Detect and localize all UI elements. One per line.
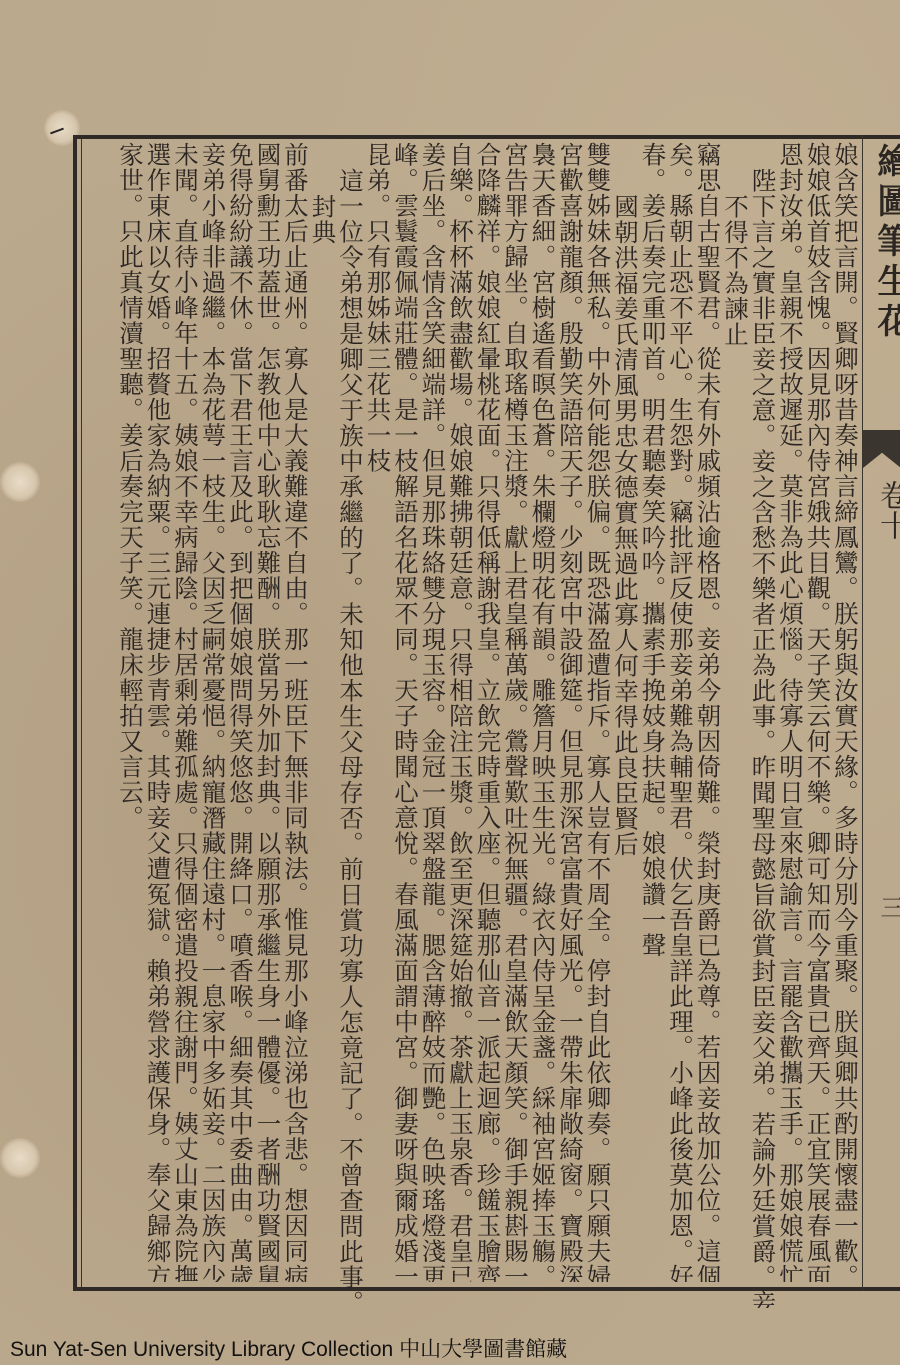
library-collection-caption: Sun Yat-Sen University Library Collectio… [10,1333,567,1363]
text-column-1: 娘含笑把言開。賢卿呀昔奏神言締鳳鸞。朕躬與汝實天緣。多時分別今重聚。朕與卿共酌開… [832,142,860,1282]
text-column-23: 免得紛紛議不休。當下君王言及此。到把個娘娘問得笑悠悠。開絳口。噴香喉。細奏其中委… [227,142,255,1282]
vertical-text-body: 娘含笑把言開。賢卿呀昔奏神言締鳳鸞。朕躬與汝實天緣。多時分別今重聚。朕與卿共酌開… [84,142,859,1284]
inner-border-line [81,139,82,1287]
text-column-2: 娘娘低首妓含愧。因見那內侍宮娥共目觀。天子笑云何不樂。卿可知而今富貴已齊天。正宜… [804,142,832,1282]
text-column-26: 選作東床以女婚。招贅他家為納粟。三元連捷步青雲。其時妾父遭冤獄。賴弟營求護保身。… [144,142,172,1282]
text-column-27: 家世。只此真情瀆聖聽。姜后奏完天子笑。龍床輕拍又言云。 [117,142,145,1282]
text-column-8: 春。姜后奏完重叩首。明君聽奏笑吟吟。攜素手挽妓身扶起。娘娘讚一聲 [639,142,667,1282]
text-column-20: 封典 [309,142,337,1334]
binding-hole-middle [0,462,40,502]
binding-hole-lower [0,1138,40,1178]
text-column-5: 不得不為諫止 [722,142,750,1334]
text-column-22: 國舅勳王功蓋世。怎教他中心耿耿忘難酬。朕當另外加封典。以願那承繼生身一體優。一者… [254,142,282,1282]
page-number: 三 [873,895,900,919]
text-column-16: 姜后坐。含情含笑細端詳。但見那珠絡雙分現玉容。金冠一頂翠盤龍。腮含薄醉妓而艷。色… [419,142,447,1282]
book-title: 繪圖筆生花 [867,143,900,343]
text-column-15: 自樂。杯杯滿飲盡歡場。娘娘難拂朝廷意。只得相陪注玉漿。飲至更深筵始撤。茶獻上玉泉… [447,142,475,1282]
text-column-24: 妾弟小峰非過繼。本為花萼一枝生。父因乏嗣常憂悒。納寵潛藏住遠村。一息家中多妬妾。… [199,142,227,1282]
text-column-19: 這一位令弟想是卿父于族中承繼的了。未知他本生父母存否。前日賞功寡人怎竟記了。不曾… [337,142,365,1308]
text-column-14: 合降麟祥。娘娘紅暈桃花面。只得低稱謝我皇。立飲完時重入座。但聽那仙音一派起迴廊。… [474,142,502,1282]
text-column-7: 矣。縣朝止恐不平心。生怨對。竊批評反使那妾弟難為輔聖君。伏乞吾皇詳此理。小峰此後… [667,142,695,1282]
fish-tail-ornament-icon [863,430,900,468]
text-column-11: 宮歡喜謝龍顏。殷勤笑語陪天子。少刻宮中設御筵。但見那深宮富貴好風光。一帶朱扉敞綺… [557,142,585,1282]
text-column-17: 峰。雲鬟霞佩端莊體。是一枝解語名花眾不同。天子時聞心意悅。春風滿面謂中宮。御妻呀… [392,142,420,1282]
volume-label: 卷十 [869,480,900,540]
text-column-21: 前番太后止通州。寡人是大義難違不自由。那一班臣下無非同執法。惟見那小峰泣涕也含悲… [282,142,310,1282]
text-column-12: 裊天香細。宮樹遙看暝色蒼。朱欄燈明花有韻。雕簷月映玉生光。綠衣內侍呈金盞。綵袖宮… [529,142,557,1282]
text-column-4: 陛下言之實非臣妾之意。妾之含愁不樂者正為此事。昨聞聖母懿旨欲賞封臣妾父弟。若論外… [749,142,777,1308]
center-banner-column: 繪圖筆生花 卷十 三 [862,135,900,1291]
text-column-6: 竊思自古聖賢君。從未有外戚頻沾逾格恩。妾弟今朝因倚難。榮封庚爵已為尊。若因妾故加… [694,142,722,1282]
text-column-3: 恩封汝弟。皇親不授故遲延。莫非為此心煩惱。待寡人明日宣來慰諭言。言罷含歡攜玉手。… [777,142,805,1282]
text-column-18: 昆弟。只有那姊妹三花共一枝 [364,142,392,1282]
text-column-9: 國朝洪福姜氏清風男忠女德實無過此寡人何幸得此良臣賢后 [612,142,640,1334]
text-column-13: 宮告罪方歸坐。自取瑤樽玉注漿。獻上君皇稱萬歲。鶯聲歎吐祝無疆。君皇滿飲天顏笑。御… [502,142,530,1282]
text-column-25: 未聞。直待小峰年十五。姨娘不幸病歸陰。村居剩弟難孤處。只得個密遣投親往謝門。姨丈… [172,142,200,1282]
text-column-10: 雙雙姊妹各無私。中外何能怨朕偏。既恐滿盈遭指斥。寡人豈有不周全。停封自此依卿奏。… [584,142,612,1282]
